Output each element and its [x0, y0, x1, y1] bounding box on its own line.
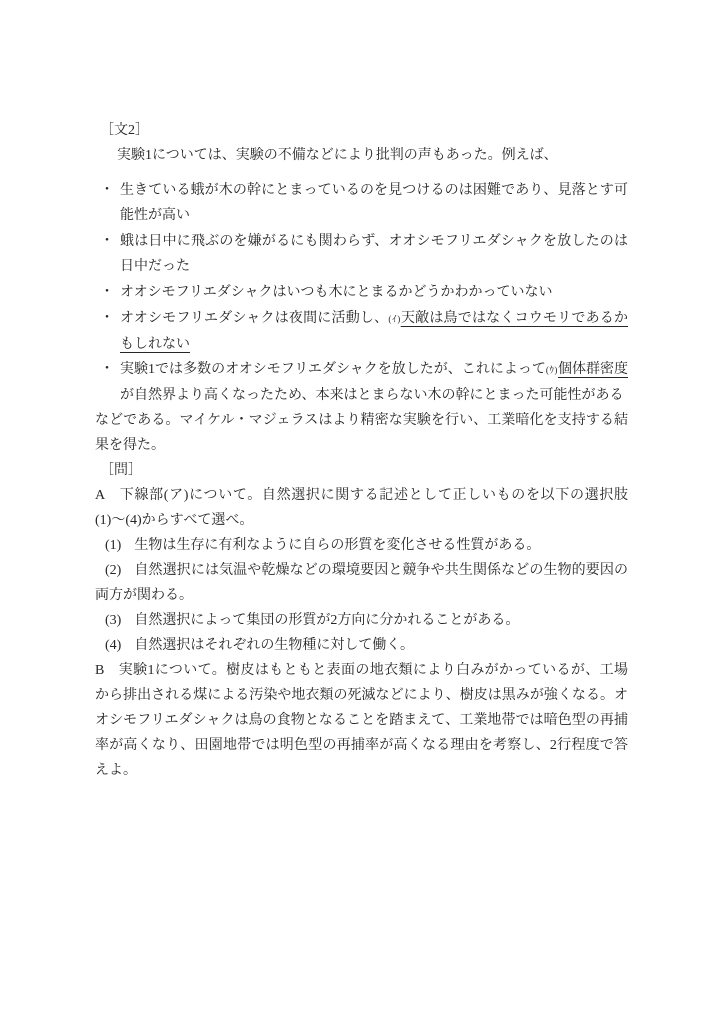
bullet-marker: ・: [95, 357, 120, 408]
bullet-item-5: ・ 実験1では多数のオオシモフリエダシャクを放したが、これによって(ｳ)個体群密…: [95, 357, 628, 408]
bullet-marker: ・: [95, 178, 120, 229]
question-a-letter: A: [95, 488, 105, 503]
bullet-marker: ・: [95, 306, 120, 357]
choice-2: (2)自然選択には気温や乾燥などの環境要因と競争や共生関係などの生物的要因の両方…: [95, 558, 628, 608]
bullet-text: オオシモフリエダシャクは夜間に活動し、(ｲ)天敵は鳥ではなくコウモリであるかもし…: [120, 306, 628, 357]
choice-4-number: (4): [105, 638, 121, 653]
bullet-text-pre: 実験1では多数のオオシモフリエダシャクを放したが、これによって: [120, 362, 546, 377]
bullet-item-2: ・ 蛾は日中に飛ぶのを嫌がるにも関わらず、オオシモフリエダシャクを放したのは日中…: [95, 229, 628, 280]
choice-4: (4)自然選択はそれぞれの生物種に対して働く。: [95, 633, 628, 658]
choice-2-text: 自然選択には気温や乾燥などの環境要因と競争や共生関係などの生物的要因の両方が関わ…: [95, 563, 628, 603]
ref-mark-u: (ｳ): [546, 365, 558, 375]
question-a-text: A下線部(ア)について。自然選択に関する記述として正しいものを以下の選択肢(1)…: [95, 483, 628, 533]
bullet-item-4: ・ オオシモフリエダシャクは夜間に活動し、(ｲ)天敵は鳥ではなくコウモリであるか…: [95, 306, 628, 357]
bullet-text-pre: 生きている蛾が木の幹にとまっているのを見つけるのは困難であり、見落とす可能性が高…: [120, 183, 628, 223]
question-a-body: 下線部(ア)について。自然選択に関する記述として正しいものを以下の選択肢(1)〜…: [95, 488, 628, 528]
document-page: ［文2］ 実験1については、実験の不備などにより批判の声もあった。例えば、 ・ …: [0, 0, 724, 1024]
choice-1: (1)生物は生存に有利なように自らの形質を変化させる性質がある。: [95, 533, 628, 558]
question-b-text: B実験1について。樹皮はもともと表面の地衣類により白みがかっているが、工場から排…: [95, 658, 628, 783]
choice-1-number: (1): [105, 538, 121, 553]
choice-3: (3)自然選択によって集団の形質が2方向に分かれることがある。: [95, 608, 628, 633]
bullet-marker: ・: [95, 229, 120, 280]
choice-1-text: 生物は生存に有利なように自らの形質を変化させる性質がある。: [134, 538, 540, 553]
question-section-label: ［問］: [95, 458, 628, 483]
bullet-text-post: が自然界より高くなったため、本来はとまらない木の幹にとまった可能性がある: [120, 388, 623, 403]
bullet-item-1: ・ 生きている蛾が木の幹にとまっているのを見つけるのは困難であり、見落とす可能性…: [95, 178, 628, 229]
intro-paragraph: 実験1については、実験の不備などにより批判の声もあった。例えば、: [95, 143, 628, 168]
bullet-marker: ・: [95, 280, 120, 306]
choice-3-text: 自然選択によって集団の形質が2方向に分かれることがある。: [134, 613, 519, 628]
choice-4-text: 自然選択はそれぞれの生物種に対して働く。: [134, 638, 414, 653]
bullet-text: オオシモフリエダシャクはいつも木にとまるかどうかわかっていない: [120, 280, 628, 306]
bullet-text: 生きている蛾が木の幹にとまっているのを見つけるのは困難であり、見落とす可能性が高…: [120, 178, 628, 229]
bullet-text-pre: オオシモフリエダシャクはいつも木にとまるかどうかわかっていない: [120, 285, 552, 300]
closing-paragraph: などである。マイケル・マジェラスはより精密な実験を行い、工業暗化を支持する結果を…: [95, 408, 628, 458]
choice-2-number: (2): [105, 563, 121, 578]
bullet-item-3: ・ オオシモフリエダシャクはいつも木にとまるかどうかわかっていない: [95, 280, 628, 306]
bullet-text: 実験1では多数のオオシモフリエダシャクを放したが、これによって(ｳ)個体群密度が…: [120, 357, 628, 408]
criticism-bullet-list: ・ 生きている蛾が木の幹にとまっているのを見つけるのは困難であり、見落とす可能性…: [95, 178, 628, 408]
underlined-text-kotaigun: 個体群密度: [558, 362, 628, 377]
bullet-text: 蛾は日中に飛ぶのを嫌がるにも関わらず、オオシモフリエダシャクを放したのは日中だっ…: [120, 229, 628, 280]
question-b-letter: B: [95, 663, 104, 678]
question-b-body: 実験1について。樹皮はもともと表面の地衣類により白みがかっているが、工場から排出…: [95, 663, 628, 778]
bullet-text-pre: オオシモフリエダシャクは夜間に活動し、: [120, 311, 388, 326]
question-a-choices: (1)生物は生存に有利なように自らの形質を変化させる性質がある。 (2)自然選択…: [95, 533, 628, 658]
bullet-text-pre: 蛾は日中に飛ぶのを嫌がるにも関わらず、オオシモフリエダシャクを放したのは日中だっ…: [120, 234, 628, 274]
choice-3-number: (3): [105, 613, 121, 628]
section-label-bun2: ［文2］: [95, 118, 628, 143]
ref-mark-i: (ｲ): [388, 314, 400, 324]
